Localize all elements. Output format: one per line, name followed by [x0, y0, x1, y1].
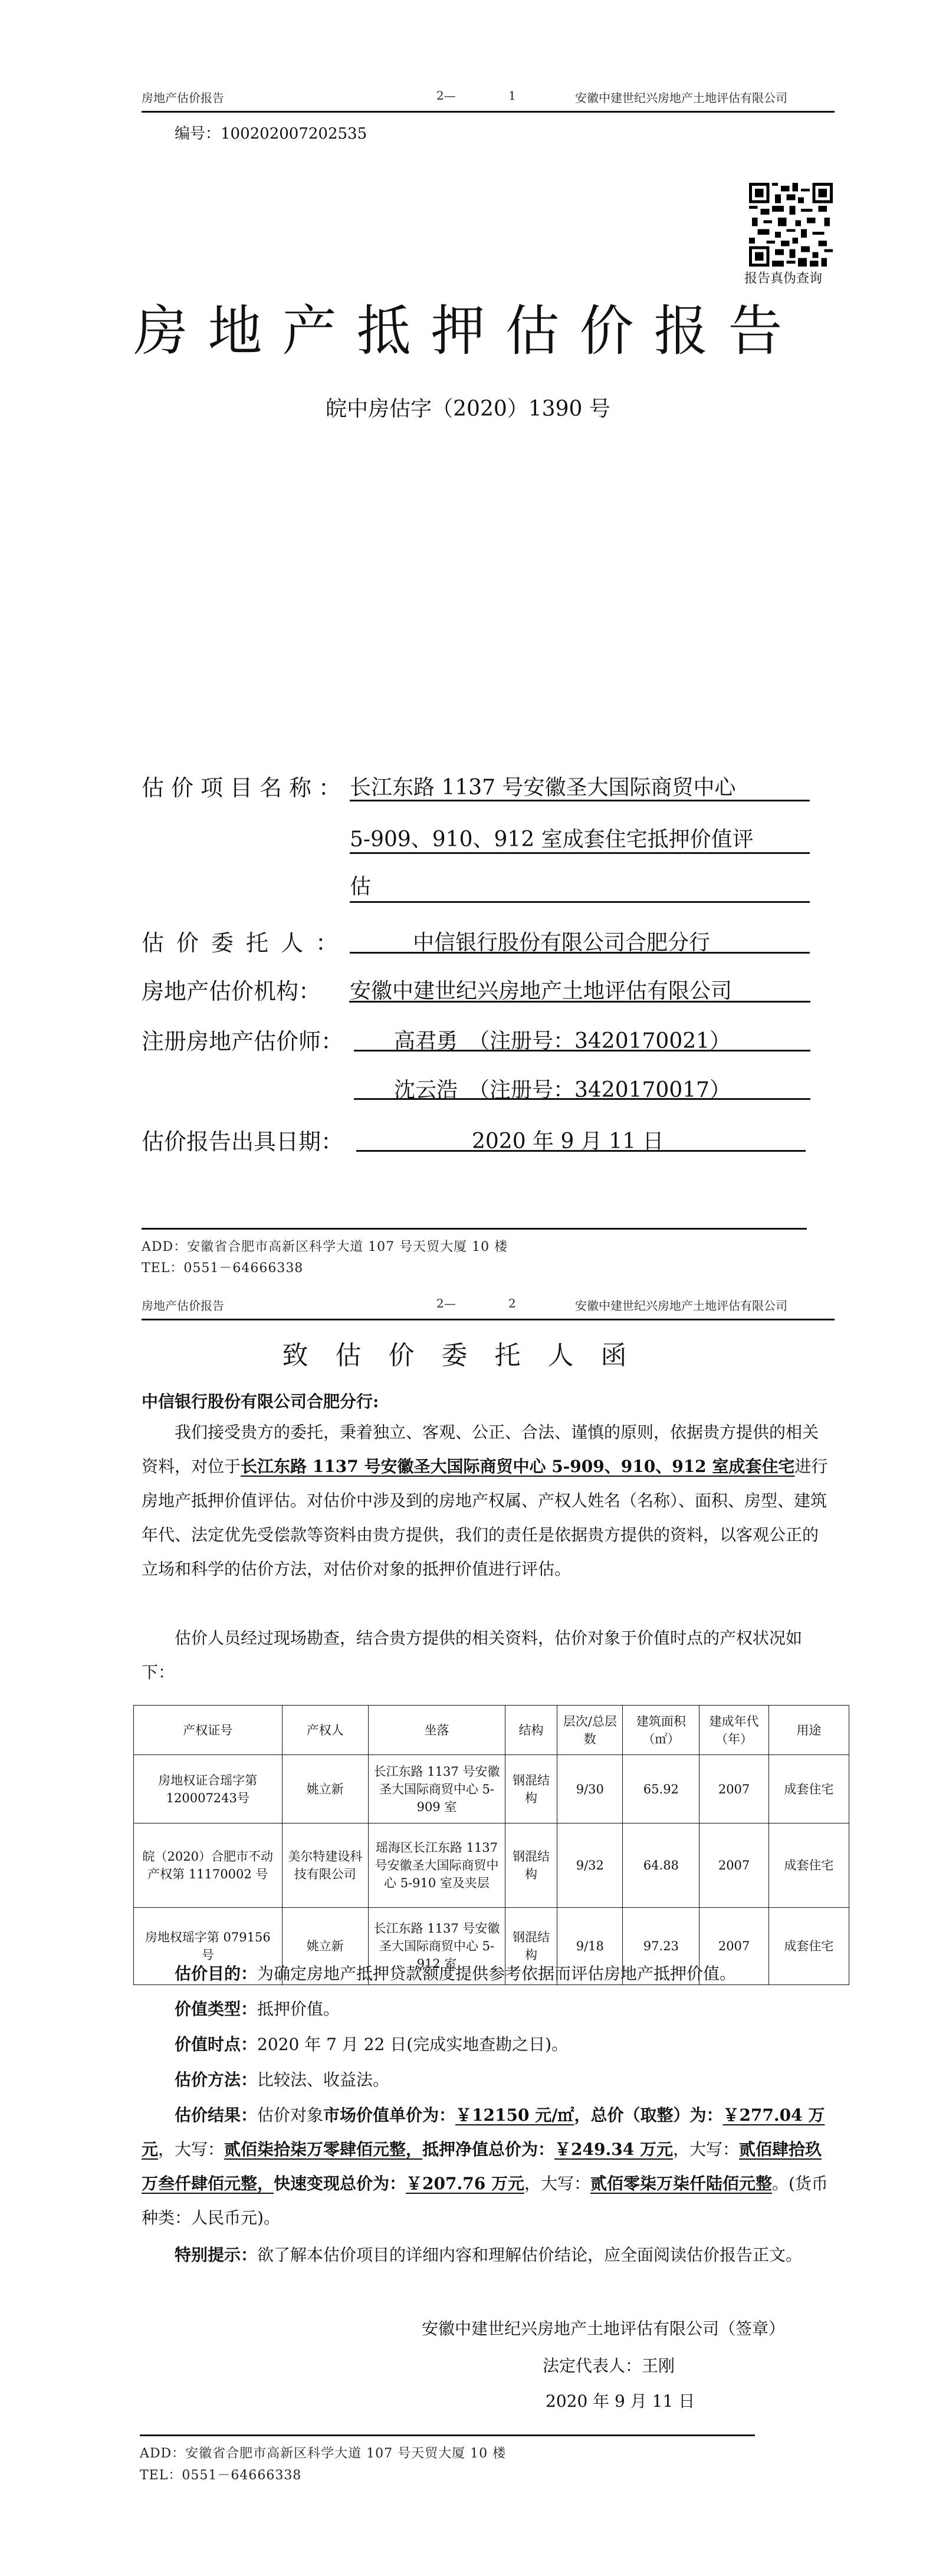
- table-row: 房地权证合瑶字第120007243号 姚立新 长江东路 1137 号安徽圣大国际…: [134, 1755, 849, 1823]
- footer-phone: TEL：0551－64666338: [142, 1258, 303, 1276]
- year-built: 2007: [699, 1755, 768, 1823]
- underline: [350, 901, 810, 903]
- agency-label: 房地产估价机构：: [142, 973, 321, 1006]
- project-name-label: 估价项目名称：: [142, 770, 348, 802]
- usage: 成套住宅: [768, 1755, 849, 1823]
- footer-phone: TEL：0551－64666338: [140, 2465, 301, 2483]
- usage: 成套住宅: [768, 1823, 849, 1908]
- running-header-company: 安徽中建世纪兴房地产土地评估有限公司: [575, 88, 787, 106]
- value-date-line: 价值时点：2020 年 7 月 22 日(完成实地查勘之日)。: [175, 2028, 865, 2062]
- structure: 钢混结构: [505, 1823, 557, 1908]
- result-text: ，大写：: [158, 2140, 224, 2159]
- col-header: 层次/总层数: [557, 1706, 623, 1755]
- value-type-label: 价值类型：: [175, 1999, 257, 2019]
- special-note: 特别提示：欲了解本估价项目的详细内容和理解估价结论，应全面阅读估价报告正文。: [142, 2238, 832, 2272]
- document-number: 皖中房估字（2020）1390 号: [0, 392, 936, 422]
- net-mortgage-value: ￥249.34 万元: [554, 2140, 673, 2159]
- report-date-label: 估价报告出具日期：: [142, 1123, 343, 1156]
- footer-divider: [142, 1228, 807, 1230]
- result-text: 市场价值单价为：: [323, 2105, 455, 2125]
- year-built: 2007: [699, 1823, 768, 1908]
- project-name-line-3: 估: [350, 870, 371, 900]
- report-title: 房地产抵押估价报告: [0, 288, 936, 366]
- result-text: 快速变现总价为：: [274, 2174, 406, 2193]
- method-label: 估价方法：: [175, 2070, 257, 2089]
- qr-code-icon[interactable]: [749, 183, 833, 267]
- underline: [354, 1098, 810, 1100]
- col-header: 建成年代（年）: [699, 1706, 768, 1755]
- running-header-page-number: 2: [508, 1296, 516, 1310]
- client-label: 估价委托人：: [142, 925, 350, 957]
- result-text: ，大写：: [524, 2174, 590, 2193]
- signature-company: 安徽中建世纪兴房地产土地评估有限公司（签章）: [422, 2312, 785, 2346]
- area: 64.88: [623, 1823, 699, 1908]
- col-header: 坐落: [369, 1706, 505, 1755]
- property-rights-table: 产权证号 产权人 坐落 结构 层次/总层数 建筑面积（㎡） 建成年代（年） 用途…: [133, 1705, 849, 1985]
- method-value: 比较法、收益法。: [257, 2070, 389, 2089]
- structure: 钢混结构: [505, 1755, 557, 1823]
- underline: [350, 952, 810, 954]
- note-text: 欲了解本估价项目的详细内容和理解估价结论，应全面阅读估价报告正文。: [257, 2245, 802, 2265]
- result-text: 抵押净值总价为：: [422, 2140, 554, 2159]
- footer-divider: [140, 2434, 755, 2436]
- running-header-title: 房地产估价报告: [142, 88, 224, 106]
- project-name-line-2: 5-909、910、912 室成套住宅抵押价值评: [350, 823, 754, 853]
- table-row: 皖（2020）合肥市不动产权第 11170002 号 美尔特建设科技有限公司 瑶…: [134, 1823, 849, 1908]
- value-date-label: 价值时点：: [175, 2035, 257, 2054]
- running-header-page-number: 1: [508, 88, 516, 103]
- col-header: 建筑面积（㎡）: [623, 1706, 699, 1755]
- col-header: 产权人: [282, 1706, 369, 1755]
- result-text: ，总价（取整）为：: [574, 2105, 722, 2125]
- footer-address: ADD：安徽省合肥市高新区科学大道 107 号天贸大厦 10 楼: [140, 2443, 506, 2462]
- note-label: 特别提示：: [175, 2245, 257, 2265]
- subject-property: 长江东路 1137 号安徽圣大国际商贸中心 5-909、910、912 室成套住…: [241, 1457, 794, 1476]
- purpose-label: 估价目的：: [175, 1964, 257, 1983]
- project-name-line-1: 长江东路 1137 号安徽圣大国际商贸中心: [350, 771, 736, 801]
- underline: [349, 1001, 810, 1003]
- value-type-value: 抵押价值。: [257, 1999, 340, 2019]
- floor: 9/30: [557, 1755, 623, 1823]
- underline: [350, 800, 810, 801]
- rights-intro-paragraph: 估价人员经过现场勘查，结合贵方提供的相关资料，估价对象于价值时点的产权状况如下：: [142, 1621, 832, 1690]
- floor: 9/32: [557, 1823, 623, 1908]
- header-divider: [142, 111, 835, 113]
- col-header: 结构: [505, 1706, 557, 1755]
- total-price-words: 贰佰柒拾柒万零肆佰元整，: [224, 2140, 422, 2159]
- header-divider: [142, 1319, 835, 1320]
- value-type-line: 价值类型：抵押价值。: [175, 1992, 865, 2026]
- footer-address: ADD：安徽省合肥市高新区科学大道 107 号天贸大厦 10 楼: [142, 1237, 508, 1255]
- letter-title: 致估价委托人函: [0, 1334, 936, 1372]
- running-header-title: 房地产估价报告: [142, 1296, 224, 1313]
- running-header-page-prefix: 2—: [436, 1296, 456, 1310]
- unit-price: ￥12150 元/㎡: [455, 2105, 574, 2125]
- result-text: 估价对象: [257, 2105, 323, 2125]
- running-header-company: 安徽中建世纪兴房地产土地评估有限公司: [575, 1296, 787, 1313]
- cert-number: 皖（2020）合肥市不动产权第 11170002 号: [134, 1823, 283, 1908]
- qr-verify-label: 报告真伪查询: [744, 268, 822, 287]
- purpose-line: 估价目的：为确定房地产抵押贷款额度提供参考依据而评估房地产抵押价值。: [175, 1957, 865, 1991]
- intro-paragraph: 我们接受贵方的委托，秉着独立、客观、公正、合法、谨慎的原则，依据贵方提供的相关资…: [142, 1415, 832, 1586]
- col-header: 用途: [768, 1706, 849, 1755]
- purpose-value: 为确定房地产抵押贷款额度提供参考依据而评估房地产抵押价值。: [257, 1964, 736, 1983]
- value-date-value: 2020 年 7 月 22 日(完成实地查勘之日)。: [257, 2035, 568, 2054]
- method-line: 估价方法：比较法、收益法。: [175, 2063, 865, 2097]
- cert-number: 房地权证合瑶字第120007243号: [134, 1755, 283, 1823]
- salutation: 中信银行股份有限公司合肥分行:: [142, 1385, 379, 1419]
- location: 长江东路 1137 号安徽圣大国际商贸中心 5-909 室: [369, 1755, 505, 1823]
- result-label: 估价结果：: [175, 2105, 257, 2125]
- valuation-result: 估价结果：估价对象市场价值单价为：￥12150 元/㎡，总价（取整）为：￥277…: [142, 2098, 832, 2235]
- signature-date: 2020 年 9 月 11 日: [546, 2384, 695, 2419]
- underline: [354, 1050, 810, 1052]
- location: 瑶海区长江东路 1137 号安徽圣大国际商贸中心 5-910 室及夹层: [369, 1823, 505, 1908]
- quick-sale-value: ￥207.76 万元: [406, 2174, 524, 2193]
- owner: 姚立新: [282, 1755, 369, 1823]
- running-header-page-prefix: 2—: [436, 88, 456, 103]
- underline: [350, 852, 810, 854]
- col-header: 产权证号: [134, 1706, 283, 1755]
- table-header-row: 产权证号 产权人 坐落 结构 层次/总层数 建筑面积（㎡） 建成年代（年） 用途: [134, 1706, 849, 1755]
- report-serial-number: 编号：100202007202535: [175, 121, 367, 143]
- result-text: ，大写：: [673, 2140, 739, 2159]
- quick-sale-words: 贰佰零柒万柒仟陆佰元整: [590, 2174, 772, 2193]
- area: 65.92: [623, 1755, 699, 1823]
- owner: 美尔特建设科技有限公司: [282, 1823, 369, 1908]
- agency-value: 安徽中建世纪兴房地产土地评估有限公司: [350, 974, 732, 1004]
- legal-representative: 法定代表人：王刚: [543, 2349, 675, 2383]
- appraiser-label: 注册房地产估价师：: [142, 1023, 343, 1056]
- underline: [356, 1150, 806, 1152]
